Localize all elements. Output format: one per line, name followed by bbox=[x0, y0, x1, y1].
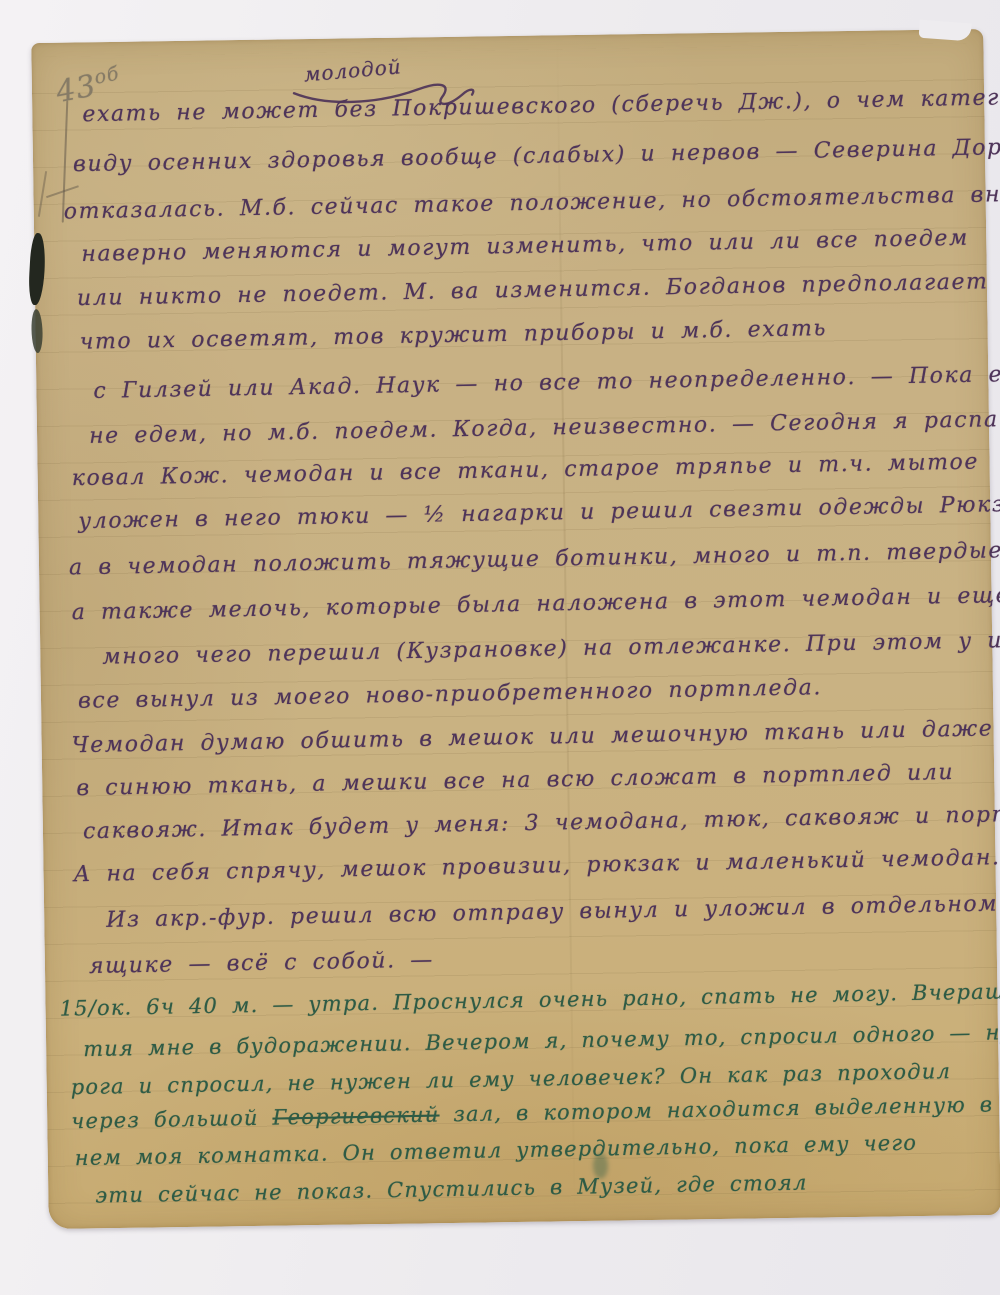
manuscript-line-26: эти сейчас не показ. Спустились в Музей,… bbox=[95, 1170, 808, 1207]
manuscript-line-20: ящике — всё с собой. — bbox=[89, 948, 434, 979]
manuscript-page: 43об молодой ехать не может без Покришев… bbox=[31, 29, 1000, 1229]
manuscript-line-3: отказалась. М.б. сейчас такое положение,… bbox=[64, 181, 1000, 225]
page-number-suffix: об bbox=[93, 62, 122, 88]
manuscript-line-14: все вынул из моего ново-приобретенного п… bbox=[78, 675, 822, 714]
manuscript-line-10: уложен в него тюки — ½ нагарки и решил с… bbox=[78, 492, 1000, 534]
manuscript-line-17: саквояж. Итак будет у меня: 3 чемодана, … bbox=[83, 801, 1000, 844]
manuscript-line-5: или никто не поедет. М. ва изменится. Бо… bbox=[77, 269, 989, 311]
manuscript-line-1: ехать не может без Покришевского (сбереч… bbox=[82, 83, 1000, 128]
ink-blot bbox=[28, 233, 47, 306]
manuscript-line-4: наверно меняются и могут изменить, что и… bbox=[81, 226, 969, 267]
manuscript-line-6: что их осветят, тов кружит приборы и м.б… bbox=[79, 316, 827, 355]
manuscript-line-24: через большой Георгиевский зал, в которо… bbox=[71, 1092, 993, 1133]
struck-word: Георгиевский bbox=[272, 1103, 439, 1130]
manuscript-line-7: с Гилзей или Акад. Наук — но все то неоп… bbox=[93, 362, 1000, 404]
manuscript-line-13: много чего перешил (Кузрановке) на отлеж… bbox=[102, 628, 1000, 670]
manuscript-line-21: 15/ок. 6ч 40 м. — утра. Проснулся очень … bbox=[59, 977, 1000, 1020]
manuscript-line-25: нем моя комнатка. Он ответил утвердитель… bbox=[75, 1131, 918, 1170]
manuscript-line-9: ковал Кож. чемодан и все ткани, старое т… bbox=[71, 450, 979, 492]
manuscript-line-8: не едем, но м.б. поедем. Когда, неизвест… bbox=[89, 407, 999, 449]
manuscript-line-18: А на себя спрячу, мешок провизии, рюкзак… bbox=[73, 845, 1000, 887]
manuscript-line-23: рога и спросил, не нужен ли ему человече… bbox=[71, 1059, 952, 1099]
pencil-mark bbox=[38, 171, 47, 217]
torn-edge bbox=[919, 20, 972, 42]
manuscript-line-11: а в чемодан положить тяжущие ботинки, мн… bbox=[69, 537, 1000, 581]
scan-background: { "scan": { "background_color": "#efedf0… bbox=[0, 0, 1000, 1295]
manuscript-line-15: Чемодан думаю обшить в мешок или мешочну… bbox=[71, 716, 993, 758]
manuscript-text: ехать не может без Покришевского (сбереч… bbox=[31, 29, 983, 43]
manuscript-line-22: тия мне в будоражении. Вечером я, почему… bbox=[83, 1019, 1000, 1061]
manuscript-line-16: в синюю ткань, а мешки все на всю сложат… bbox=[76, 760, 954, 801]
manuscript-line-12: а также мелочь, которые была наложена в … bbox=[71, 583, 1000, 625]
manuscript-line-19: Из акр.-фур. решил всю отправу вынул и у… bbox=[106, 890, 1000, 933]
manuscript-line-2: виду осенних здоровья вообще (слабых) и … bbox=[73, 135, 1000, 177]
inserted-word: молодой bbox=[303, 54, 403, 86]
ink-blot-small bbox=[31, 309, 43, 353]
